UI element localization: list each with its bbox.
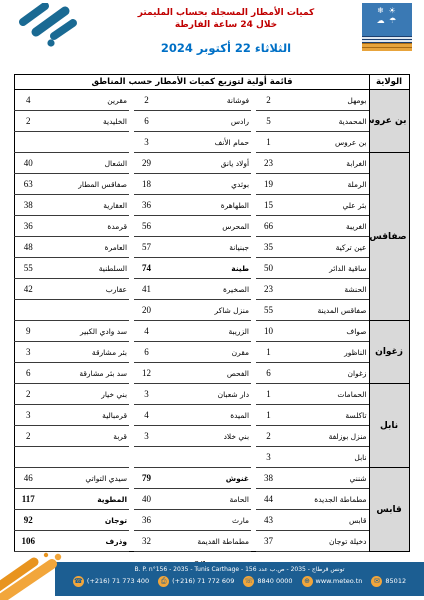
rainfall-value-cell: 74 [134, 258, 159, 279]
table-row: دخيلة توجان37مطماطة القديمة32وذرف106 [15, 531, 409, 552]
rainfall-value-cell: 3 [134, 426, 159, 447]
locality-cell: المحرس [159, 216, 251, 237]
locality-cell: الحامة [159, 489, 251, 510]
postal-address: B. P. n°156 - 2035 - Tunis Carthage - تو… [55, 566, 424, 573]
column-gap [251, 489, 256, 510]
weather-symbols-icon: ❄ ☀☁ ☂ [362, 3, 412, 36]
column-gap [129, 531, 134, 552]
locality-cell: قرمدة [41, 216, 129, 237]
column-gap [129, 426, 134, 447]
locality-cell: المطوية [41, 489, 129, 510]
locality-cell: عين تركية [281, 237, 369, 258]
rainfall-value-cell: 56 [134, 216, 159, 237]
column-gap [251, 111, 256, 132]
locality-cell: بومهل [281, 90, 369, 111]
rainfall-value-cell: 92 [15, 510, 41, 531]
contact-item: ⊕www.meteo.tn [302, 576, 363, 587]
rainfall-value-cell: 18 [134, 174, 159, 195]
column-gap [251, 363, 256, 384]
rainfall-value-cell: 5 [256, 111, 281, 132]
table-row: الناظور1مقرن6بئر مشارقة3 [15, 342, 409, 363]
sms-icon: ✉ [371, 576, 382, 587]
rainfall-value-cell: 20 [134, 300, 159, 321]
rainfall-value-cell: 6 [134, 342, 159, 363]
column-gap [251, 510, 256, 531]
rainfall-value-cell: 57 [134, 237, 159, 258]
locality-cell: بن عروس [281, 132, 369, 153]
locality-cell: سد وادي الكبير [41, 321, 129, 342]
column-gap [129, 489, 134, 510]
rainfall-value-cell: 2 [15, 384, 41, 405]
emblem-orange-strip [362, 43, 412, 51]
column-gap [129, 153, 134, 174]
locality-cell: عقارب [41, 279, 129, 300]
rainfall-value-cell: 46 [15, 468, 41, 489]
rainfall-value-cell: 2 [256, 426, 281, 447]
rainfall-value-cell: 43 [256, 510, 281, 531]
locality-cell: الحمامات [281, 384, 369, 405]
locality-cell: مقرن [159, 342, 251, 363]
rainfall-value-cell: 50 [256, 258, 281, 279]
locality-cell: الحنشة [281, 279, 369, 300]
governorate-cell: بن عروس [369, 90, 409, 153]
table-row: الغريبة66المحرس56قرمدة36 [15, 216, 409, 237]
rainfall-value-cell: 1 [256, 132, 281, 153]
column-gap [251, 279, 256, 300]
locality-cell: نابل [281, 447, 369, 468]
table-row: قابس43مارث36توجان92 [15, 510, 409, 531]
footer-contact-bar: B. P. n°156 - 2035 - Tunis Carthage - تو… [55, 562, 424, 596]
locality-cell: منزل شاكر [159, 300, 251, 321]
rainfall-value-cell: 12 [134, 363, 159, 384]
table-row: بن عروسبومهل2فوشانة2مقرين4 [15, 90, 409, 111]
rainfall-value-cell: 1 [256, 405, 281, 426]
rainfall-value-cell: 44 [256, 489, 281, 510]
emblem-text-band [362, 36, 412, 43]
column-gap [251, 384, 256, 405]
table-row: الحنشة23الصخيرة41عقارب42 [15, 279, 409, 300]
rainfall-value-cell: 9 [15, 321, 41, 342]
table-row: زغوانصواف10الزريبة4سد وادي الكبير9 [15, 321, 409, 342]
locality-cell: مقرين [41, 90, 129, 111]
rainfall-value-cell: 42 [15, 279, 41, 300]
rainfall-value-cell: 10 [256, 321, 281, 342]
column-gap [129, 342, 134, 363]
rainfall-value-cell: 29 [134, 153, 159, 174]
column-gap [129, 363, 134, 384]
column-gap [251, 258, 256, 279]
footer-accent-stripes [0, 552, 110, 600]
locality-cell: ساقية الدائر [281, 258, 369, 279]
locality-cell: الغرابة [281, 153, 369, 174]
locality-cell [41, 300, 129, 321]
column-gap [129, 510, 134, 531]
rainfall-value-cell: 40 [134, 489, 159, 510]
rainfall-value-cell: 37 [256, 531, 281, 552]
rainfall-value-cell: 38 [15, 195, 41, 216]
table-row: عين تركية35جبنيانة57العامرة48 [15, 237, 409, 258]
column-gap [251, 321, 256, 342]
contact-item: ⎙(+216) 71 772 609 [158, 576, 234, 587]
locality-cell: الفحص [159, 363, 251, 384]
locality-cell: مارث [159, 510, 251, 531]
contact-text: 85012 [385, 577, 406, 585]
rainfall-table: الولاية قائمة أولية لتوزيع كميات الأمطار… [14, 74, 409, 552]
locality-cell: صواف [281, 321, 369, 342]
contact-text: 8840 0000 [257, 577, 292, 585]
rain-stripes-icon [12, 3, 90, 49]
locality-cell: الزريبة [159, 321, 251, 342]
document-page: كميات الأمطار المسجلة بحساب المليمتر خلا… [0, 0, 424, 600]
locality-cell: العامرة [41, 237, 129, 258]
rainfall-value-cell: 4 [134, 321, 159, 342]
rainfall-value-cell: 1 [256, 384, 281, 405]
locality-cell: تاكلسة [281, 405, 369, 426]
governorate-column-header: الولاية [369, 75, 409, 90]
column-gap [129, 447, 134, 468]
rainfall-value-cell: 55 [256, 300, 281, 321]
locality-cell: غنوش [159, 468, 251, 489]
report-date: الثلاثاء 22 أكتوبر 2024 [90, 41, 362, 55]
rainfall-value-cell [134, 447, 159, 468]
table-row: بن عروس1حمام الأنف3 [15, 132, 409, 153]
rainfall-value-cell [15, 300, 41, 321]
column-gap [129, 300, 134, 321]
rainfall-value-cell: 2 [134, 90, 159, 111]
rainfall-value-cell: 36 [15, 216, 41, 237]
column-gap [251, 216, 256, 237]
locality-cell: توجان [41, 510, 129, 531]
column-gap [251, 195, 256, 216]
inm-rain-stripes-logo [12, 3, 90, 49]
locality-cell: حمام الأنف [159, 132, 251, 153]
locality-cell: الناظور [281, 342, 369, 363]
column-gap [129, 258, 134, 279]
table-row: الرملة19بوثدي18صفاقس المطار63 [15, 174, 409, 195]
column-gap [251, 300, 256, 321]
rainfall-value-cell: 6 [134, 111, 159, 132]
rainfall-value-cell: 55 [15, 258, 41, 279]
rainfall-value-cell: 1 [256, 342, 281, 363]
rainfall-value-cell: 6 [15, 363, 41, 384]
contact-text: www.meteo.tn [316, 577, 363, 585]
locality-cell [41, 447, 129, 468]
locality-cell: سيدي التواتي [41, 468, 129, 489]
table-row: زغوان6الفحص12سد بئر مشارقة6 [15, 363, 409, 384]
governorate-cell: نابل [369, 384, 409, 468]
column-gap [251, 153, 256, 174]
column-gap [129, 384, 134, 405]
column-gap [251, 237, 256, 258]
rainfall-value-cell: 23 [256, 153, 281, 174]
rainfall-value-cell: 38 [256, 468, 281, 489]
table-row: تاكلسة1الميدة4قرمبالية3 [15, 405, 409, 426]
column-gap [129, 90, 134, 111]
page-footer: B. P. n°156 - 2035 - Tunis Carthage - تو… [0, 552, 424, 600]
rainfall-value-cell: 106 [15, 531, 41, 552]
rainfall-value-cell: 3 [15, 405, 41, 426]
locality-cell: المحمدية [281, 111, 369, 132]
locality-cell [41, 132, 129, 153]
column-gap [251, 468, 256, 489]
globe-icon: ⊕ [302, 576, 313, 587]
column-gap [129, 237, 134, 258]
locality-cell: بوثدي [159, 174, 251, 195]
rainfall-value-cell: 3 [256, 447, 281, 468]
locality-cell: قرمبالية [41, 405, 129, 426]
report-titles: كميات الأمطار المسجلة بحساب المليمتر خلا… [90, 3, 362, 55]
locality-cell: وذرف [41, 531, 129, 552]
table-row: بئر علي15الطهاهرة36العقارية38 [15, 195, 409, 216]
governorate-cell: قابس [369, 468, 409, 552]
contact-text: (+216) 71 772 609 [172, 577, 234, 585]
table-row: منزل بوزلفة2بني خلاد3قربة2 [15, 426, 409, 447]
locality-cell: الخليدية [41, 111, 129, 132]
rainfall-value-cell: 117 [15, 489, 41, 510]
locality-cell: الرملة [281, 174, 369, 195]
table-row: صفاقس المدينة55منزل شاكر20 [15, 300, 409, 321]
locality-cell: الميدة [159, 405, 251, 426]
locality-cell: الشعال [41, 153, 129, 174]
rainfall-value-cell: 36 [134, 195, 159, 216]
locality-cell: مطماطة القديمة [159, 531, 251, 552]
column-gap [129, 195, 134, 216]
column-gap [251, 174, 256, 195]
fax-icon: ⎙ [158, 576, 169, 587]
column-gap [251, 132, 256, 153]
locality-cell: منزل بوزلفة [281, 426, 369, 447]
inm-emblem-logo: ❄ ☀☁ ☂ [362, 3, 412, 51]
table-row: صفاقسالغرابة23أولاد يانق29الشعال40 [15, 153, 409, 174]
contact-row: ☎(+216) 71 773 400⎙(+216) 71 772 609☏884… [55, 576, 424, 587]
rainfall-value-cell: 3 [15, 342, 41, 363]
table-row: مطماطة الجديدة44الحامة40المطوية117 [15, 489, 409, 510]
governorate-cell: زغوان [369, 321, 409, 384]
column-gap [251, 342, 256, 363]
locality-cell: زغوان [281, 363, 369, 384]
column-gap [129, 468, 134, 489]
rainfall-value-cell: 48 [15, 237, 41, 258]
column-gap [129, 216, 134, 237]
rainfall-value-cell: 2 [15, 111, 41, 132]
column-gap [251, 426, 256, 447]
locality-cell: رادس [159, 111, 251, 132]
rainfall-value-cell [15, 132, 41, 153]
table-title: قائمة أولية لتوزيع كميات الأمطار حسب الم… [15, 75, 369, 90]
column-gap [251, 90, 256, 111]
governorate-cell: صفاقس [369, 153, 409, 321]
locality-cell: طينة [159, 258, 251, 279]
locality-cell: الصخيرة [159, 279, 251, 300]
rainfall-value-cell: 66 [256, 216, 281, 237]
rainfall-value-cell: 41 [134, 279, 159, 300]
rainfall-value-cell: 23 [256, 279, 281, 300]
table-row: قابسشنني38غنوش79سيدي التواتي46 [15, 468, 409, 489]
locality-cell: فوشانة [159, 90, 251, 111]
locality-cell: بني خيار [41, 384, 129, 405]
rainfall-value-cell: 4 [15, 90, 41, 111]
locality-cell: الطهاهرة [159, 195, 251, 216]
table-row: نابلالحمامات1دار شعبان3بني خيار2 [15, 384, 409, 405]
table-row: ساقية الدائر50طينة74السلطنية55 [15, 258, 409, 279]
locality-cell: العقارية [41, 195, 129, 216]
report-title-line2: خلال 24 ساعة الفارطة [90, 20, 362, 32]
contact-item: ☏8840 0000 [243, 576, 292, 587]
locality-cell: بئر مشارقة [41, 342, 129, 363]
locality-cell: بئر علي [281, 195, 369, 216]
callcenter-icon: ☏ [243, 576, 254, 587]
locality-cell: صفاقس المطار [41, 174, 129, 195]
locality-cell: صفاقس المدينة [281, 300, 369, 321]
locality-cell: شنني [281, 468, 369, 489]
locality-cell: السلطنية [41, 258, 129, 279]
rainfall-value-cell: 19 [256, 174, 281, 195]
rainfall-value-cell: 32 [134, 531, 159, 552]
column-gap [129, 279, 134, 300]
table-row: المحمدية5رادس6الخليدية2 [15, 111, 409, 132]
rainfall-value-cell [15, 447, 41, 468]
locality-cell: مطماطة الجديدة [281, 489, 369, 510]
rainfall-value-cell: 35 [256, 237, 281, 258]
locality-cell: دار شعبان [159, 384, 251, 405]
rainfall-value-cell: 6 [256, 363, 281, 384]
column-gap [251, 531, 256, 552]
rainfall-value-cell: 79 [134, 468, 159, 489]
report-header: كميات الأمطار المسجلة بحساب المليمتر خلا… [0, 0, 424, 67]
locality-cell: أولاد يانق [159, 153, 251, 174]
rainfall-value-cell: 4 [134, 405, 159, 426]
locality-cell: قربة [41, 426, 129, 447]
locality-cell: جبنيانة [159, 237, 251, 258]
contact-item: ✉85012 [371, 576, 406, 587]
locality-cell: دخيلة توجان [281, 531, 369, 552]
table-row: نابل3 [15, 447, 409, 468]
table-header-row: الولاية قائمة أولية لتوزيع كميات الأمطار… [15, 75, 409, 90]
locality-cell: بني خلاد [159, 426, 251, 447]
rainfall-value-cell: 2 [15, 426, 41, 447]
column-gap [129, 321, 134, 342]
column-gap [129, 405, 134, 426]
column-gap [129, 111, 134, 132]
column-gap [129, 132, 134, 153]
rainfall-value-cell: 15 [256, 195, 281, 216]
rainfall-value-cell: 3 [134, 384, 159, 405]
locality-cell: قابس [281, 510, 369, 531]
rainfall-value-cell: 63 [15, 174, 41, 195]
locality-cell: سد بئر مشارقة [41, 363, 129, 384]
locality-cell [159, 447, 251, 468]
column-gap [251, 405, 256, 426]
rainfall-value-cell: 40 [15, 153, 41, 174]
locality-cell: الغريبة [281, 216, 369, 237]
rainfall-value-cell: 3 [134, 132, 159, 153]
column-gap [129, 174, 134, 195]
report-title-line1: كميات الأمطار المسجلة بحساب المليمتر [90, 8, 362, 20]
rainfall-value-cell: 36 [134, 510, 159, 531]
column-gap [251, 447, 256, 468]
rainfall-value-cell: 2 [256, 90, 281, 111]
